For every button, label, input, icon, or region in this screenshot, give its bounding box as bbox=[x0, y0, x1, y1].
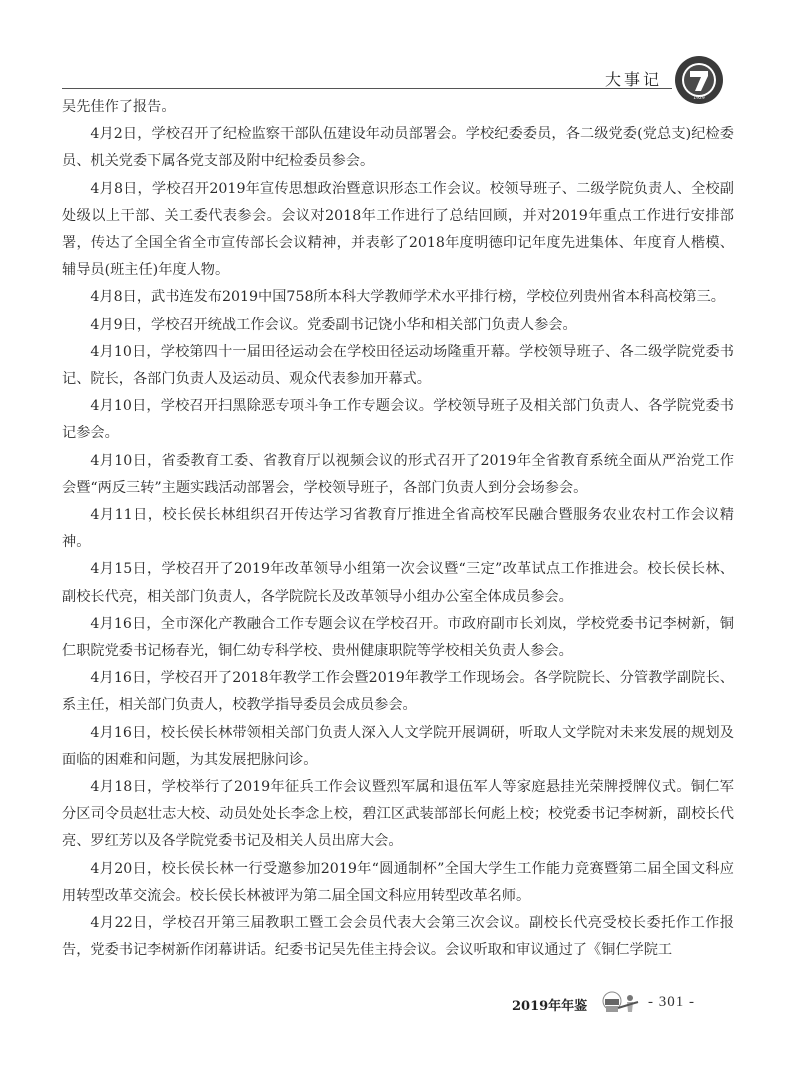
yearbook-mascot-icon bbox=[600, 990, 642, 1018]
section-title: 大事记 bbox=[605, 67, 662, 90]
book-title: 2019年年鉴 bbox=[512, 995, 587, 1014]
paragraph: 4月11日，校长侯长林组织召开传达学习省教育厅推进全省高校军民融合暨服务农业农村… bbox=[62, 502, 734, 556]
page-number: - 301 - bbox=[648, 994, 695, 1011]
paragraph: 4月10日，省委教育工委、省教育厅以视频会议的形式召开了2019年全省教育系统全… bbox=[62, 448, 734, 502]
page-footer: 2019年年鉴 - 301 - bbox=[500, 990, 740, 1018]
header-rule bbox=[62, 88, 672, 89]
paragraph: 4月18日，学校举行了2019年征兵工作会议暨烈军属和退伍军人等家庭悬挂光荣牌授… bbox=[62, 774, 734, 856]
paragraph: 4月20日，校长侯长林一行受邀参加2019年“圆通制杯”全国大学生工作能力竞赛暨… bbox=[62, 856, 734, 910]
paragraph: 4月9日，学校召开统战工作会议。党委副书记饶小华和相关部门负责人参会。 bbox=[62, 312, 734, 339]
paragraph: 4月15日，学校召开了2019年改革领导小组第一次会议暨“三定”改革试点工作推进… bbox=[62, 556, 734, 610]
paragraph: 4月10日，学校第四十一届田径运动会在学校田径运动场隆重开幕。学校领导班子、各二… bbox=[62, 339, 734, 393]
paragraph: 4月16日，学校召开了2018年教学工作会暨2019年教学工作现场会。各学院院长… bbox=[62, 665, 734, 719]
paragraph: 4月8日，学校召开2019年宣传思想政治暨意识形态工作会议。校领导班子、二级学院… bbox=[62, 176, 734, 285]
paragraph: 4月16日，校长侯长林带领相关部门负责人深入人文学院开展调研，听取人文学院对未来… bbox=[62, 720, 734, 774]
paragraph: 4月8日，武书连发布2019中国758所本科大学教师学术水平排行榜，学校位列贵州… bbox=[62, 284, 734, 311]
paragraph: 4月10日，学校召开扫黑除恶专项斗争工作专题会议。学校领导班子及相关部门负责人、… bbox=[62, 393, 734, 447]
chronicle-body: 吴先佳作了报告。 4月2日，学校召开了纪检监察干部队伍建设年动员部署会。学校纪委… bbox=[62, 94, 734, 965]
paragraph: 4月16日，全市深化产教融合工作专题会议在学校召开。市政府副市长刘岚，学校党委书… bbox=[62, 611, 734, 665]
paragraph: 吴先佳作了报告。 bbox=[62, 94, 734, 121]
paragraph: 4月22日，学校召开第三届教职工暨工会会员代表大会第三次会议。副校长代亮受校长委… bbox=[62, 910, 734, 964]
paragraph: 4月2日，学校召开了纪检监察干部队伍建设年动员部署会。学校纪委委员，各二级党委(… bbox=[62, 121, 734, 175]
